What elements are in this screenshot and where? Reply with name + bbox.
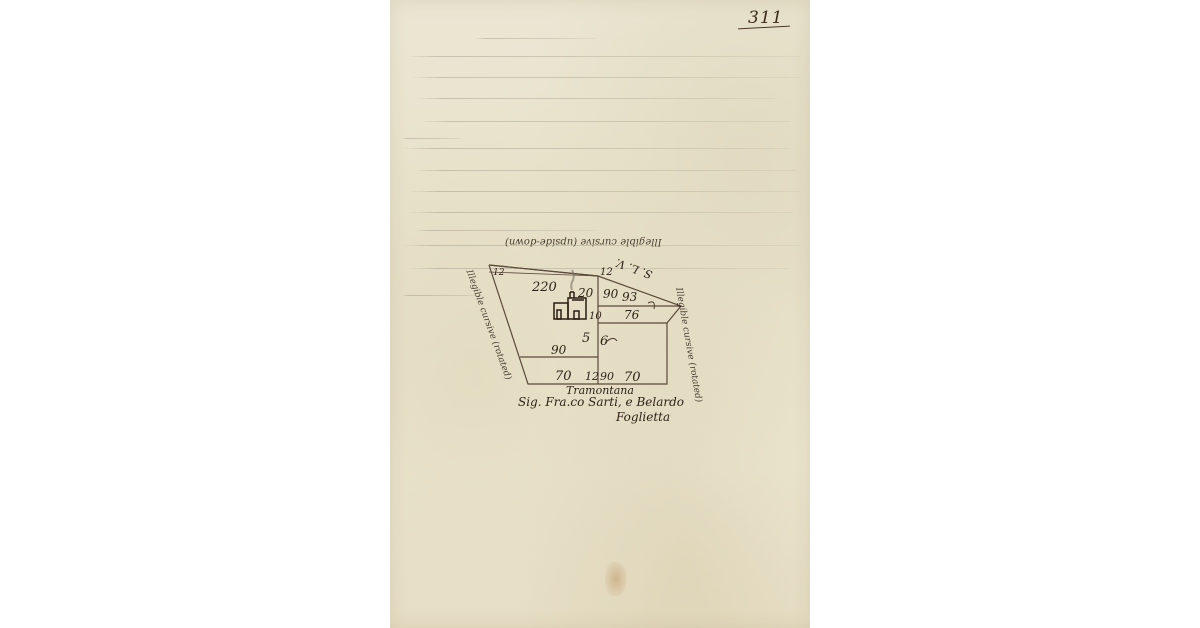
parcel-label: 76 [624, 308, 640, 322]
parcel-label: 70 [555, 369, 572, 384]
owner-label-line2: Foglietta [616, 410, 670, 424]
parcel-label: 90 [551, 343, 567, 357]
parcel-label: 20 [577, 286, 594, 300]
owner-label-line1: Sig. Fra.co Sarti, e Belardo [518, 395, 684, 409]
parcel-label: 90 [603, 287, 619, 301]
parcel-label: 70 [624, 370, 641, 385]
parcel-label: 93 [622, 290, 638, 304]
map-label-top: Illegible cursive (upside-down) [505, 236, 662, 247]
parcel-label: 12 [600, 267, 613, 278]
parcel-label: 12 [585, 370, 599, 383]
parcel-label: 5 [582, 331, 590, 346]
parcel-label: 220 [531, 280, 557, 295]
map-boundary [489, 265, 681, 384]
parcel-label: 12 [493, 268, 505, 278]
parcel-label: 10 [589, 311, 602, 322]
parcel-map: 12 220 20 12 90 93 10 76 5 6 90 70 12 90… [0, 0, 1200, 628]
parcel-label: 90 [600, 370, 614, 383]
